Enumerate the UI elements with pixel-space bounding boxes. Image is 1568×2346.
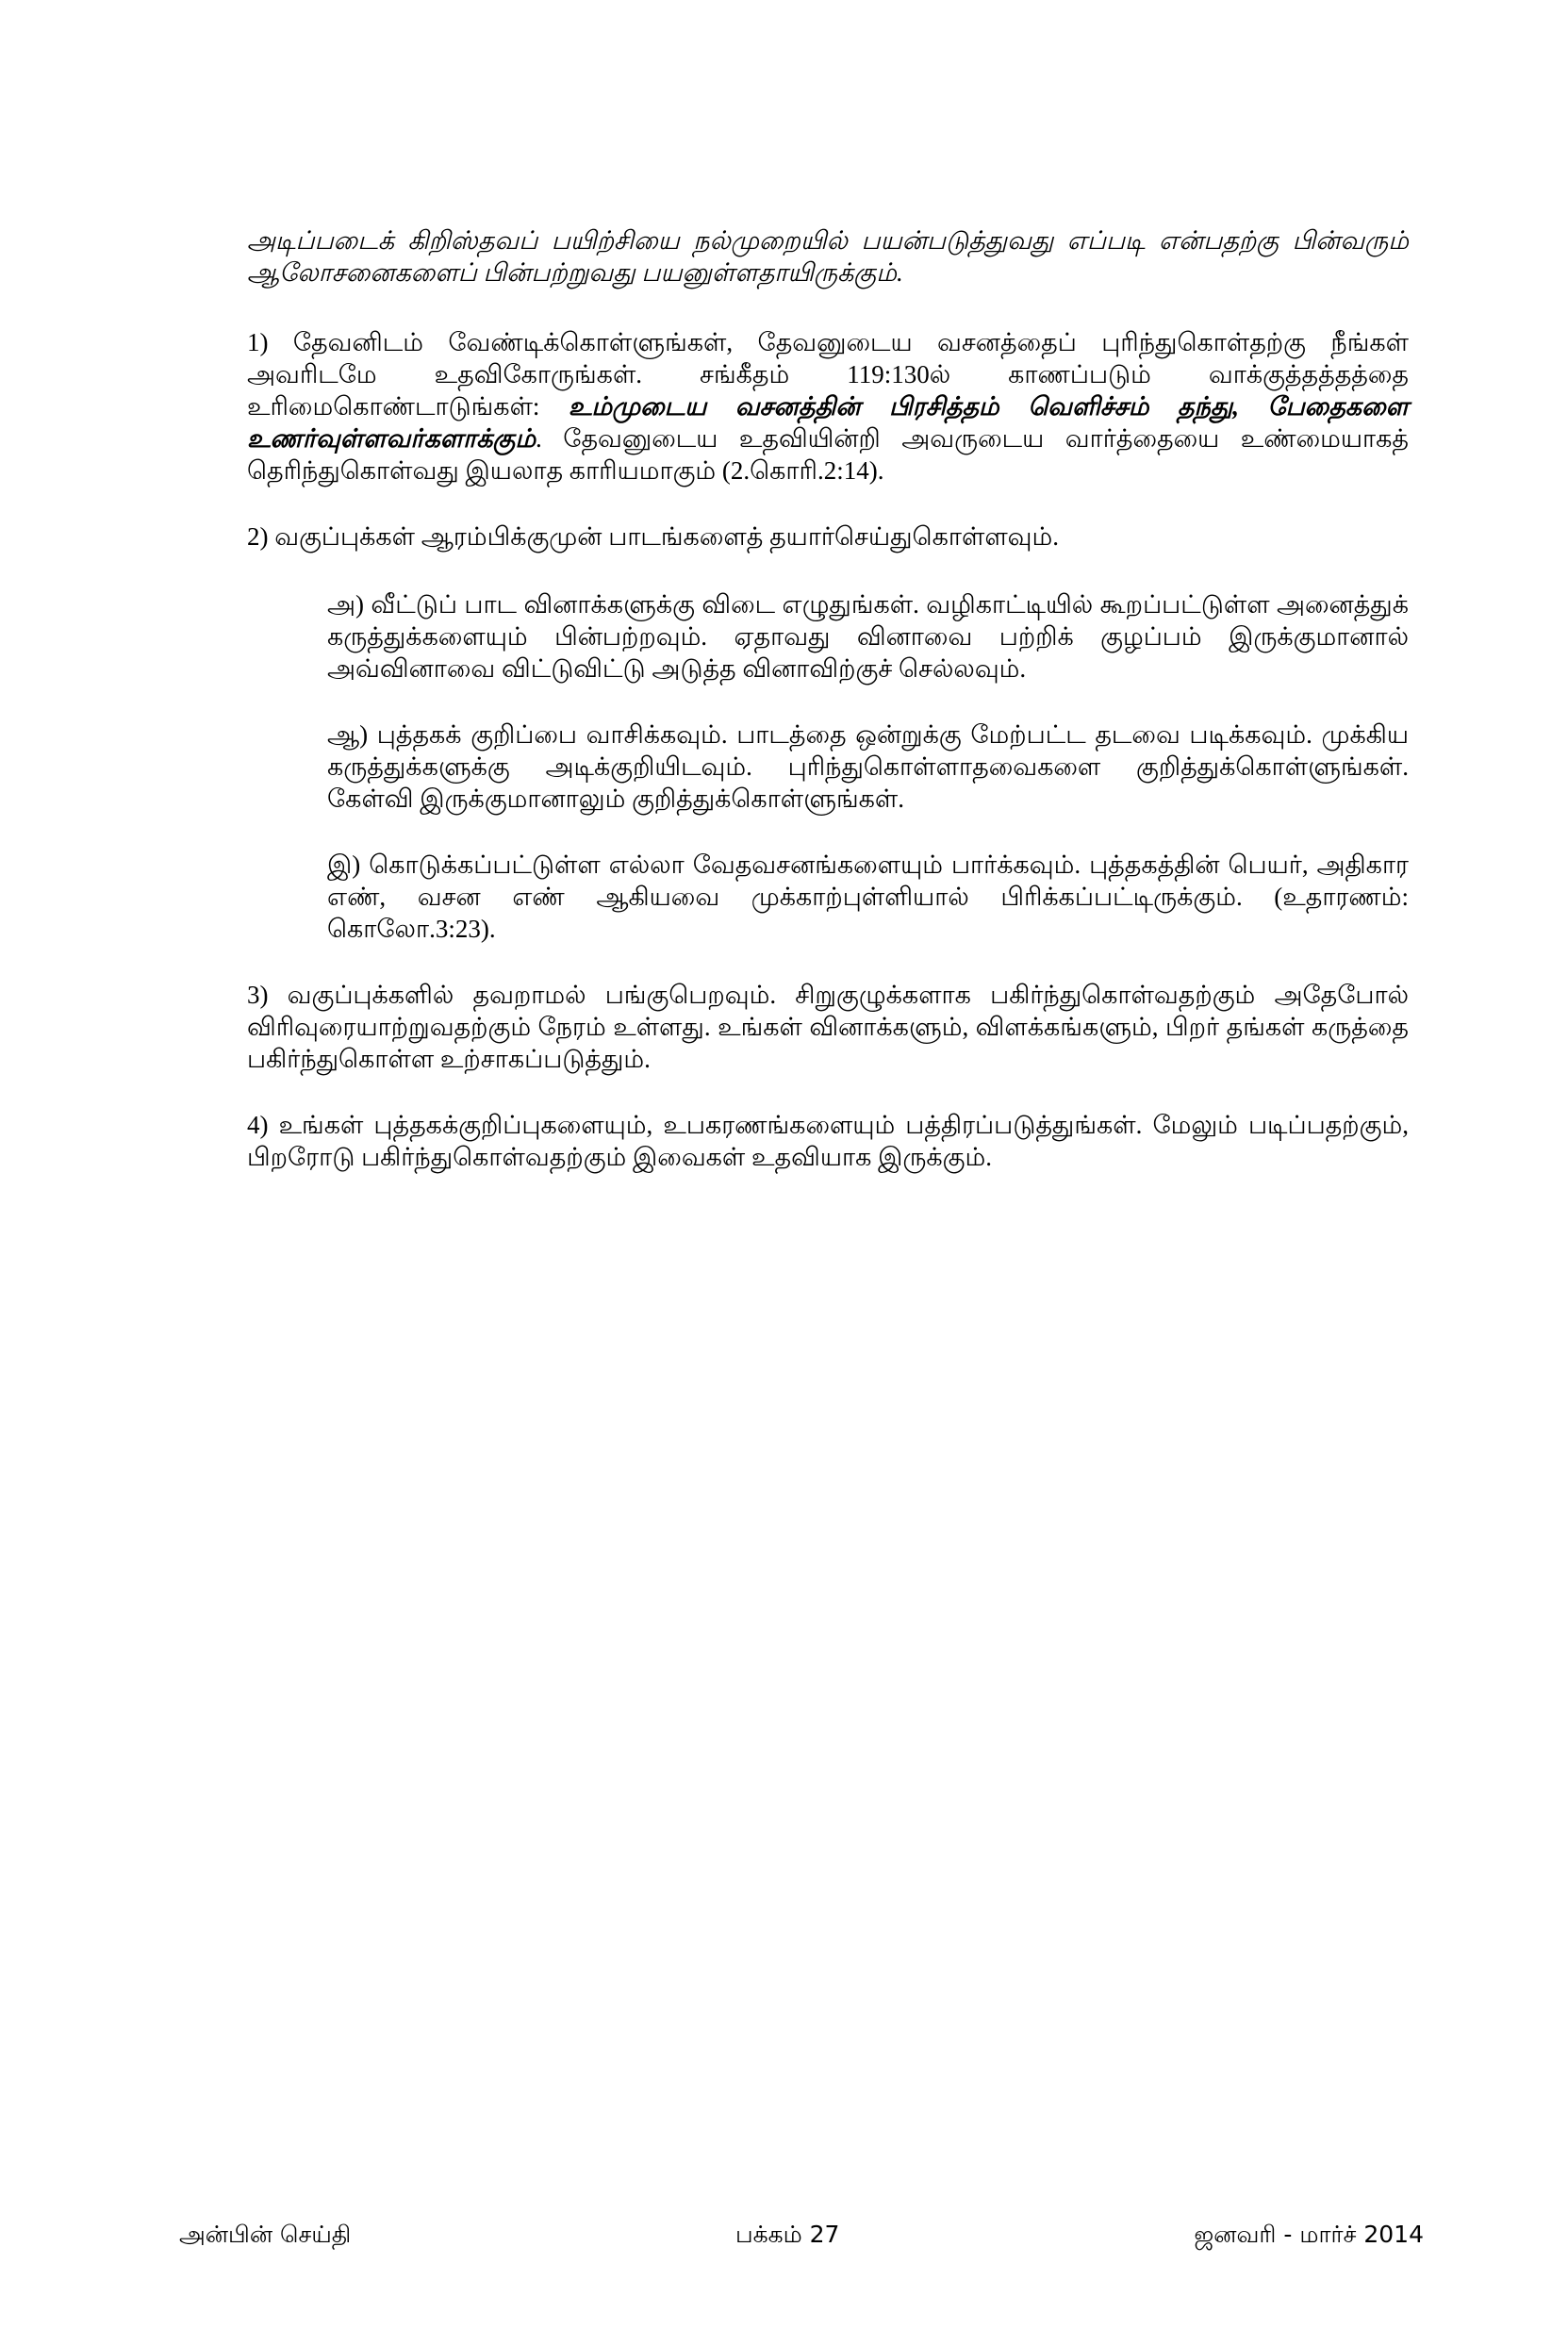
point-2-sub-item-aa: ஆ) புத்தகக் குறிப்பை வாசிக்கவும். பாடத்த… bbox=[327, 719, 1409, 815]
intro-paragraph: அடிப்படைக் கிறிஸ்தவப் பயிற்சியை நல்முறைய… bbox=[247, 224, 1409, 289]
point-4-paragraph: 4) உங்கள் புத்தகக்குறிப்புகளையும், உபகரண… bbox=[247, 1109, 1409, 1173]
page-body: அடிப்படைக் கிறிஸ்தவப் பயிற்சியை நல்முறைய… bbox=[247, 224, 1409, 1207]
point-2-sub-item-i: இ) கொடுக்கப்பட்டுள்ள எல்லா வேதவசனங்களையு… bbox=[327, 849, 1409, 945]
point-2-heading: 2) வகுப்புக்கள் ஆரம்பிக்குமுன் பாடங்களைத… bbox=[247, 520, 1409, 553]
footer-publication-name: அன்பின் செய்தி bbox=[179, 2218, 351, 2252]
footer-page-number: பக்கம் 27 bbox=[735, 2218, 839, 2252]
point-3-paragraph: 3) வகுப்புக்களில் தவறாமல் பங்குபெறவும். … bbox=[247, 979, 1409, 1075]
footer-issue-date: ஜனவரி - மார்ச் 2014 bbox=[1194, 2218, 1424, 2252]
point-1-paragraph: 1) தேவனிடம் வேண்டிக்கொள்ளுங்கள், தேவனுடை… bbox=[247, 326, 1409, 487]
page-footer: அன்பின் செய்தி பக்கம் 27 ஜனவரி - மார்ச் … bbox=[179, 2218, 1424, 2252]
point-2-sub-item-a: அ) வீட்டுப் பாட வினாக்களுக்கு விடை எழுது… bbox=[327, 588, 1409, 685]
